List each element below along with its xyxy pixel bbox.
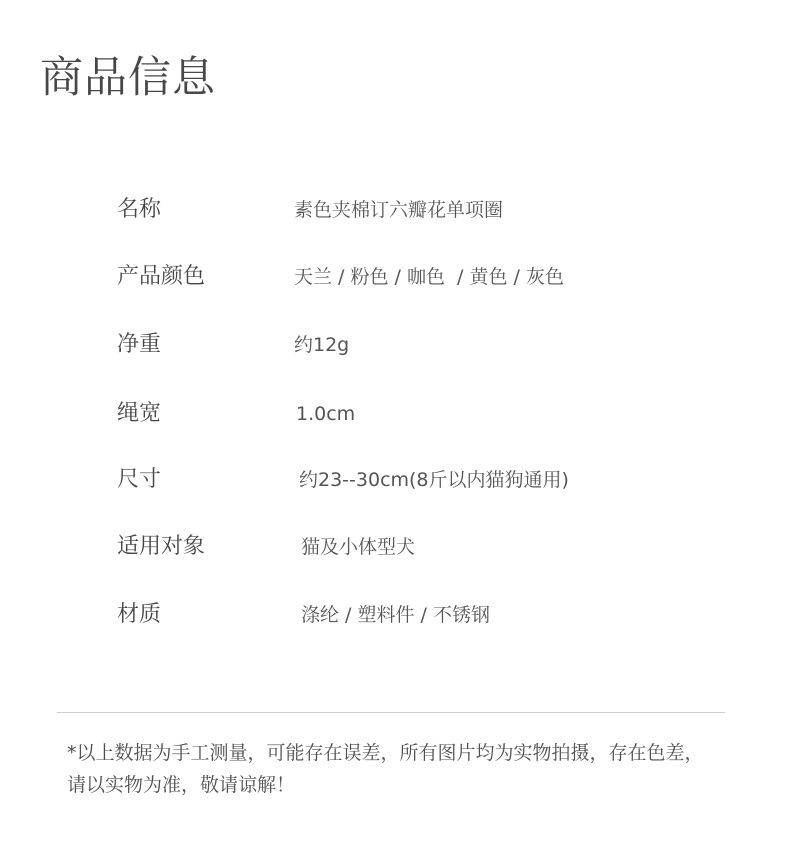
spec-value: 素色夹棉订六瓣花单项圈 [294,192,503,228]
spec-label: 适用对象 [117,529,205,565]
spec-row-material: 材质 涤纶 / 塑料件 / 不锈钢 [0,597,790,633]
spec-row-name: 名称 素色夹棉订六瓣花单项圈 [0,192,790,228]
disclaimer: *以上数据为手工测量，可能存在误差，所有图片均为实物拍摄，存在色差， 请以实物为… [67,737,747,801]
spec-value: 约12g [294,327,349,363]
page-title: 商品信息 [40,52,216,104]
spec-row-color: 产品颜色 天兰 / 粉色 / 咖色 / 黄色 / 灰色 [0,259,790,295]
spec-row-weight: 净重 约12g [0,327,790,363]
spec-value: 猫及小体型犬 [301,529,415,565]
spec-row-rope-width: 绳宽 1.0cm [0,396,790,432]
spec-label: 名称 [117,192,161,228]
spec-label: 尺寸 [117,462,161,498]
divider [57,712,725,713]
spec-value: 约23--30cm(8斤以内猫狗通用) [299,462,569,498]
disclaimer-line-1: *以上数据为手工测量，可能存在误差，所有图片均为实物拍摄，存在色差， [67,742,704,764]
disclaimer-line-2: 请以实物为准，敬请谅解！ [67,774,295,796]
spec-label: 产品颜色 [117,259,205,295]
spec-value: 天兰 / 粉色 / 咖色 / 黄色 / 灰色 [294,259,564,295]
spec-value: 涤纶 / 塑料件 / 不锈钢 [301,597,490,633]
spec-row-target: 适用对象 猫及小体型犬 [0,529,790,565]
spec-label: 绳宽 [117,396,161,432]
spec-value: 1.0cm [296,396,355,432]
spec-row-size: 尺寸 约23--30cm(8斤以内猫狗通用) [0,462,790,498]
spec-label: 净重 [117,327,161,363]
spec-label: 材质 [117,597,161,633]
